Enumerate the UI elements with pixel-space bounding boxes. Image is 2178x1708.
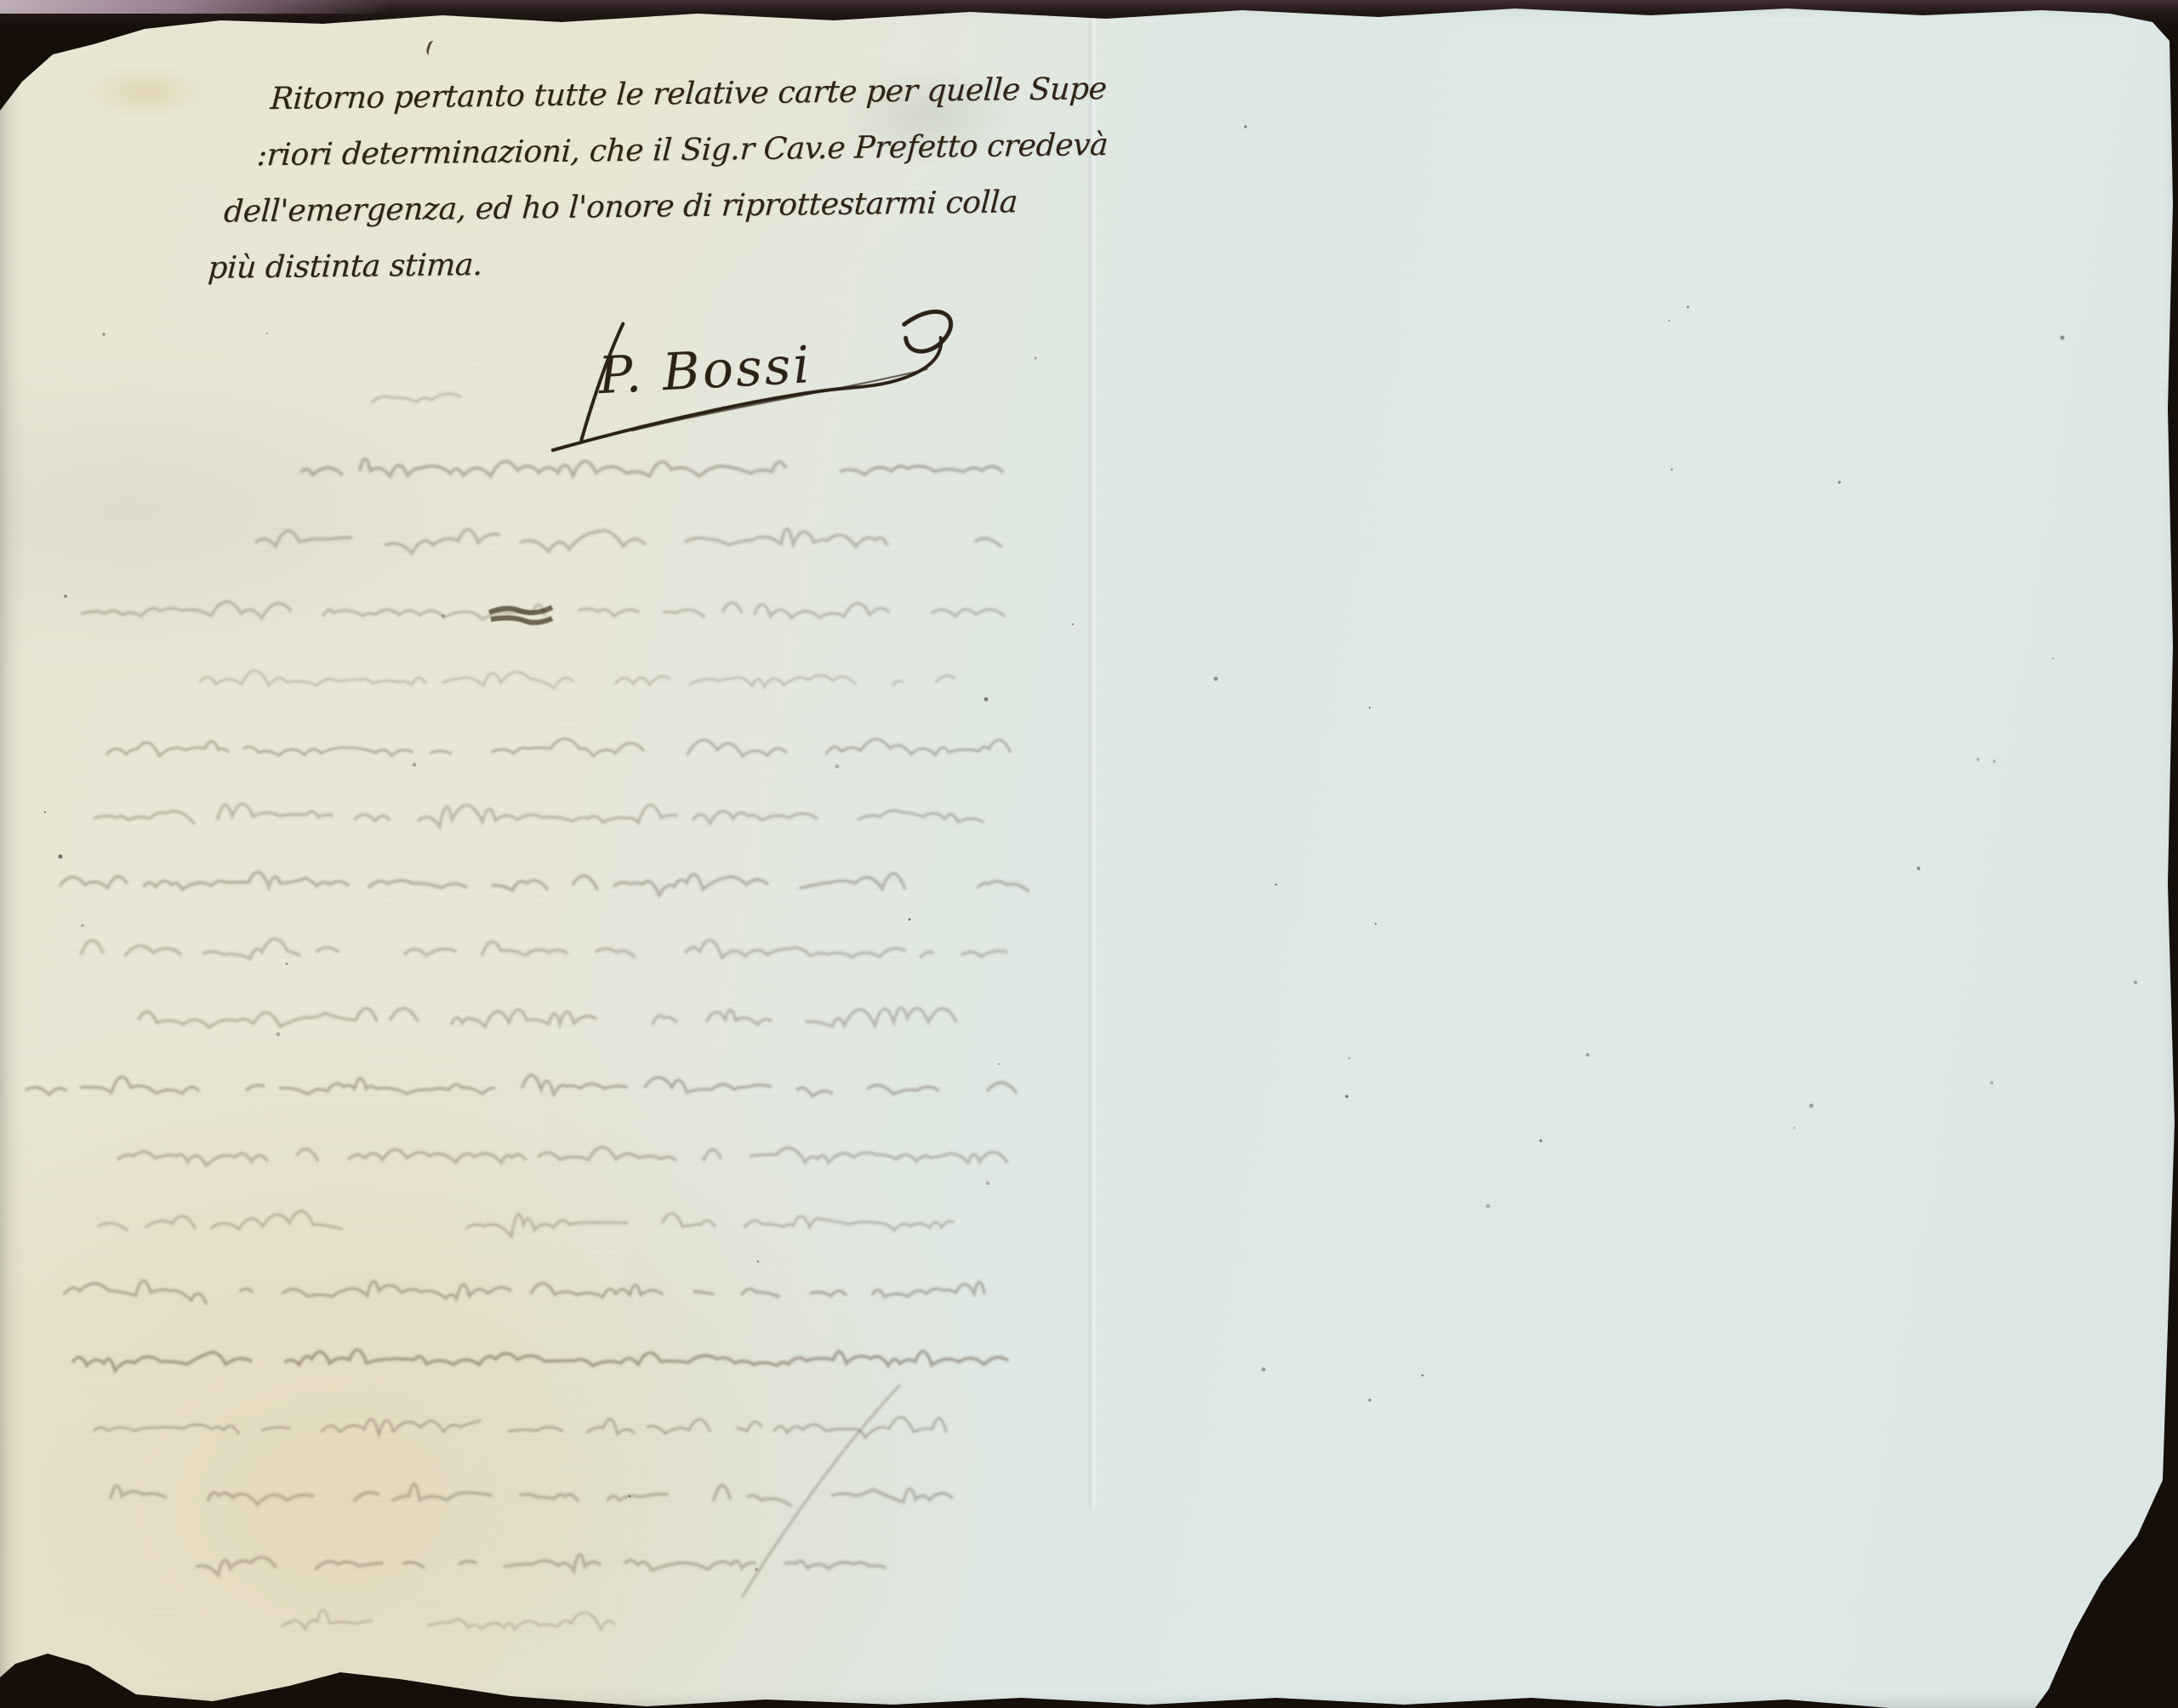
paper-speck <box>286 963 288 965</box>
paper-speck <box>1034 356 1036 359</box>
paper-speck <box>1917 867 1920 870</box>
paper-speck <box>757 1261 759 1262</box>
paper-speck <box>1486 1204 1491 1209</box>
paper-speck <box>1072 623 1074 625</box>
paper-speck <box>1670 468 1673 470</box>
paper-sheet: Ritorno pertanto tutte le relative carte… <box>0 0 2178 1708</box>
paper-speck <box>1539 1139 1542 1142</box>
paper-speck <box>984 697 989 702</box>
paper-speck <box>986 1181 990 1186</box>
paper-speck <box>58 854 62 858</box>
paper-speck <box>1244 125 1246 128</box>
paper-speck <box>1348 1057 1351 1060</box>
bleedthrough-line <box>98 1211 984 1237</box>
paper-speck <box>81 924 84 927</box>
bleedthrough-line <box>371 394 461 403</box>
letter-line: :riori determinazioni, che il Sig.r Cav.… <box>255 117 1169 184</box>
paper-speck <box>1213 676 1217 680</box>
scanner-glare <box>0 0 391 14</box>
letter-line: più distinta stima. <box>206 229 1162 297</box>
signature-block: P. Bossi <box>523 283 1008 478</box>
paper-speck <box>629 1495 630 1497</box>
paper-speck <box>1275 884 1277 885</box>
paper-speck <box>1422 1375 1424 1377</box>
paper-speck <box>64 595 67 598</box>
paper-speck <box>277 1033 281 1037</box>
paper-speck <box>998 1063 1000 1065</box>
paper-speck <box>1976 758 1979 760</box>
crossed-out-scribble <box>489 607 552 623</box>
paper-speck <box>1993 760 1996 763</box>
paper-speck <box>1375 923 1377 925</box>
paper-speck <box>1368 1398 1371 1401</box>
paper-speck <box>2060 335 2064 339</box>
paper-speck <box>1261 1367 1265 1371</box>
paper-speck <box>102 333 105 336</box>
paper-speck <box>1793 1127 1795 1129</box>
bleedthrough-line <box>281 1610 614 1630</box>
paper-speck <box>909 919 911 921</box>
paper-speck <box>1345 1095 1348 1098</box>
bleedthrough-line <box>106 739 1011 756</box>
bleedthrough-line <box>111 1484 953 1506</box>
paper-speck <box>413 763 417 767</box>
paper-speck <box>44 811 46 813</box>
bleedthrough-line <box>196 1555 906 1575</box>
bleedthrough-line <box>139 1007 956 1027</box>
letter-body: Ritorno pertanto tutte le relative carte… <box>206 60 1172 297</box>
paper-speck <box>1586 1053 1589 1056</box>
paper-speck <box>266 333 268 334</box>
paper-speck <box>755 1568 758 1571</box>
bleedthrough-line <box>72 1350 1008 1371</box>
paper-speck <box>442 614 444 617</box>
paper-speck <box>1369 707 1371 709</box>
bleedthrough-line <box>81 939 1007 959</box>
bleedthrough-line <box>64 1281 984 1305</box>
paper-speck <box>2134 981 2137 984</box>
bleedthrough-line <box>94 1417 980 1438</box>
bleedthrough-line <box>94 804 984 827</box>
scan-background: { "letter": { "lines": [ "Ritorno pertan… <box>0 0 2178 1708</box>
bleedthrough-line <box>117 1147 1007 1166</box>
paper-speck <box>1838 481 1840 483</box>
bleedthrough-line <box>60 872 1029 895</box>
paper-speck <box>1687 306 1690 309</box>
bleedthrough-line <box>26 1075 1017 1096</box>
paper-speck <box>1668 320 1670 322</box>
paper-speck <box>1990 1081 1993 1085</box>
paper-speck <box>2052 658 2054 659</box>
bleedthrough-line <box>255 529 1001 553</box>
bleedthrough-line <box>200 670 955 688</box>
signature-name: P. Bossi <box>596 335 814 406</box>
paper-speck <box>1810 1104 1814 1108</box>
paper-speck <box>835 765 840 769</box>
